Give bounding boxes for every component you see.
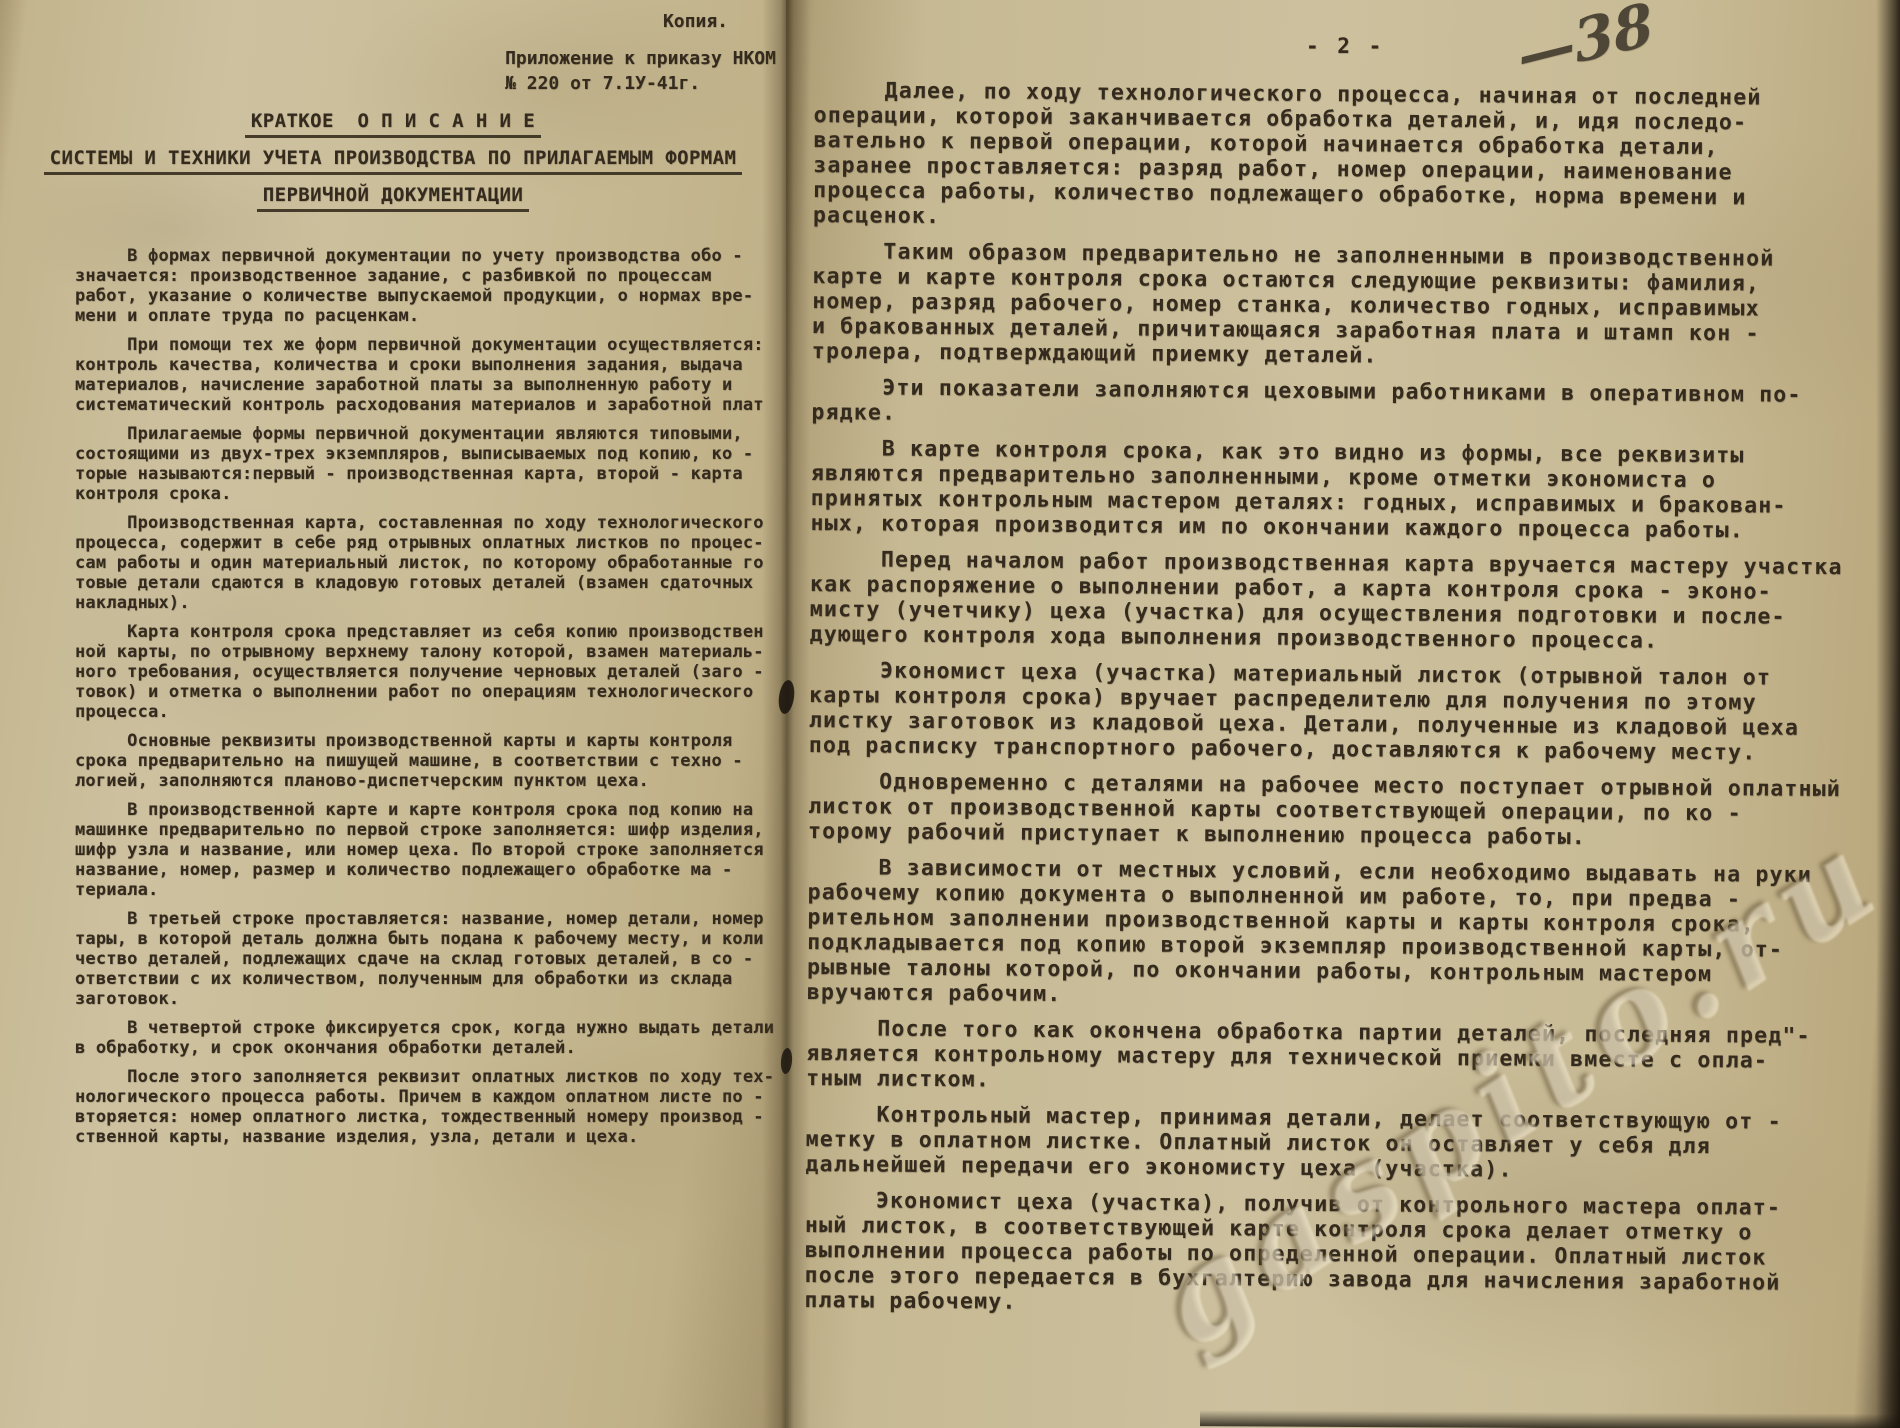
paragraph: Эти показатели заполняются цеховыми рабо… bbox=[811, 375, 1871, 433]
typed-line: Прилагаемые формы первичной документации… bbox=[75, 424, 781, 444]
typed-line: Карта контроля срока представляет из себ… bbox=[75, 622, 781, 642]
typed-line: тары, в которой деталь должна быть подан… bbox=[75, 929, 781, 949]
typed-line: значается: производственное задание, с р… bbox=[75, 266, 781, 286]
typed-line: Производственная карта, составленная по … bbox=[75, 513, 781, 533]
paragraph: В третьей строке проставляется: название… bbox=[75, 909, 781, 1009]
typed-line: в обработку, и срок окончания обработки … bbox=[75, 1038, 781, 1058]
paragraph: После этого заполняется реквизит оплатны… bbox=[75, 1067, 781, 1147]
paragraph: Карта контроля срока представляет из себ… bbox=[75, 622, 781, 722]
paragraph: В производственной карте и карте контрол… bbox=[75, 800, 781, 900]
document-page-1: Копия. Приложение к приказу НКОМ № 220 о… bbox=[0, 0, 786, 1428]
scan-bottom-edge bbox=[1200, 1410, 1900, 1428]
typed-line: вторяется: номер оплатного листка, тожде… bbox=[75, 1107, 781, 1127]
copy-label: Копия. bbox=[0, 0, 786, 34]
title-line-3: ПЕРВИЧНОЙ ДОКУМЕНТАЦИИ bbox=[257, 184, 529, 212]
typed-line: нологического процесса работы. Причем в … bbox=[75, 1087, 781, 1107]
typed-line: машинке предварительно по первой строке … bbox=[75, 820, 781, 840]
typed-line: В четвертой строке фиксируется срок, ког… bbox=[75, 1018, 781, 1038]
paragraph: Одновременно с деталями на рабочее место… bbox=[808, 769, 1869, 852]
typed-line: работ, указание о количестве выпускаемой… bbox=[75, 286, 781, 306]
typed-line: При помощи тех же форм первичной докумен… bbox=[75, 335, 781, 355]
typed-line: заготовок. bbox=[75, 989, 781, 1009]
typed-line: товые детали сдаются в кладовую готовых … bbox=[75, 573, 781, 593]
paragraph: При помощи тех же форм первичной докумен… bbox=[75, 335, 781, 415]
typed-line: название, номер, размер и количество под… bbox=[75, 860, 781, 880]
typed-line: товок) и отметка о выполнении работ по о… bbox=[75, 682, 781, 702]
paragraph: Производственная карта, составленная по … bbox=[75, 513, 781, 613]
page-1-body: В формах первичной документации по учету… bbox=[75, 246, 781, 1147]
typed-line: процесса. bbox=[75, 702, 781, 722]
annex-line-1: Приложение к приказу НКОМ bbox=[505, 46, 776, 71]
annex-reference: Приложение к приказу НКОМ № 220 от 7.1У-… bbox=[0, 34, 786, 96]
typed-line: сам работы и один материальный листок, п… bbox=[75, 553, 781, 573]
typed-line: В производственной карте и карте контрол… bbox=[75, 800, 781, 820]
typed-line: После этого заполняется реквизит оплатны… bbox=[75, 1067, 781, 1087]
paragraph: Прилагаемые формы первичной документации… bbox=[75, 424, 781, 504]
typed-line: ответствии с их количеством, полученным … bbox=[75, 969, 781, 989]
handwritten-folio-number: —38 bbox=[1513, 0, 1657, 91]
typed-line: систематический контроль расходования ма… bbox=[75, 395, 781, 415]
typed-line: контроль качества, количества и сроки вы… bbox=[75, 355, 781, 375]
paragraph: Таким образом предварительно не заполнен… bbox=[812, 239, 1873, 372]
paragraph: Экономист цеха (участка) материальный ли… bbox=[809, 658, 1870, 766]
typed-line: состоящими из двух-трех экземпляров, вып… bbox=[75, 444, 781, 464]
typed-line: контроля срока. bbox=[75, 484, 781, 504]
typed-line: шифр узла и название, или номер цеха. По… bbox=[75, 840, 781, 860]
typed-line: ного требования, осуществляется получени… bbox=[75, 662, 781, 682]
typed-line: чество деталей, подлежащих сдаче на скла… bbox=[75, 949, 781, 969]
typed-line: териала. bbox=[75, 880, 781, 900]
document-title: КРАТКОЕ О П И С А Н И Е СИСТЕМЫ И ТЕХНИК… bbox=[0, 110, 786, 212]
paragraph: В формах первичной документации по учету… bbox=[75, 246, 781, 326]
typed-line: ной карты, по отрывному верхнему талону … bbox=[75, 642, 781, 662]
title-line-1: КРАТКОЕ О П И С А Н И Е bbox=[245, 110, 541, 138]
paragraph: Далее, по ходу технологического процесса… bbox=[813, 78, 1874, 236]
paragraph: В карте контроля срока, как это видно из… bbox=[810, 436, 1871, 544]
paragraph: В четвертой строке фиксируется срок, ког… bbox=[75, 1018, 781, 1058]
typed-line: процесса, содержит в себе ряд отрывных о… bbox=[75, 533, 781, 553]
document-page-2: - 2 - —38 Далее, по ходу технологическог… bbox=[786, 0, 1900, 1428]
typed-line: ственной карты, название изделия, узла, … bbox=[75, 1127, 781, 1147]
typed-line: материалов, начисление заработной платы … bbox=[75, 375, 781, 395]
page-number: - 2 - bbox=[1306, 34, 1384, 58]
annex-line-2: № 220 от 7.1У-41г. bbox=[505, 71, 776, 96]
paragraph: Перед началом работ производственная кар… bbox=[810, 547, 1871, 655]
typed-line: накладных). bbox=[75, 593, 781, 613]
title-line-2: СИСТЕМЫ И ТЕХНИКИ УЧЕТА ПРОИЗВОДСТВА ПО … bbox=[44, 147, 743, 175]
typed-line: В третьей строке проставляется: название… bbox=[75, 909, 781, 929]
paragraph: Основные реквизиты производственной карт… bbox=[75, 731, 781, 791]
scan-right-edge bbox=[1876, 0, 1900, 1428]
typed-line: мени и оплате труда по расценкам. bbox=[75, 306, 781, 326]
scanned-document: Копия. Приложение к приказу НКОМ № 220 о… bbox=[0, 0, 1900, 1428]
typed-line: В формах первичной документации по учету… bbox=[75, 246, 781, 266]
typed-line: логией, заполняются планово-диспетчерски… bbox=[75, 771, 781, 791]
typed-line: торые называются:первый - производственн… bbox=[75, 464, 781, 484]
typed-line: срока предварительно на пишущей машине, … bbox=[75, 751, 781, 771]
typed-line: Основные реквизиты производственной карт… bbox=[75, 731, 781, 751]
